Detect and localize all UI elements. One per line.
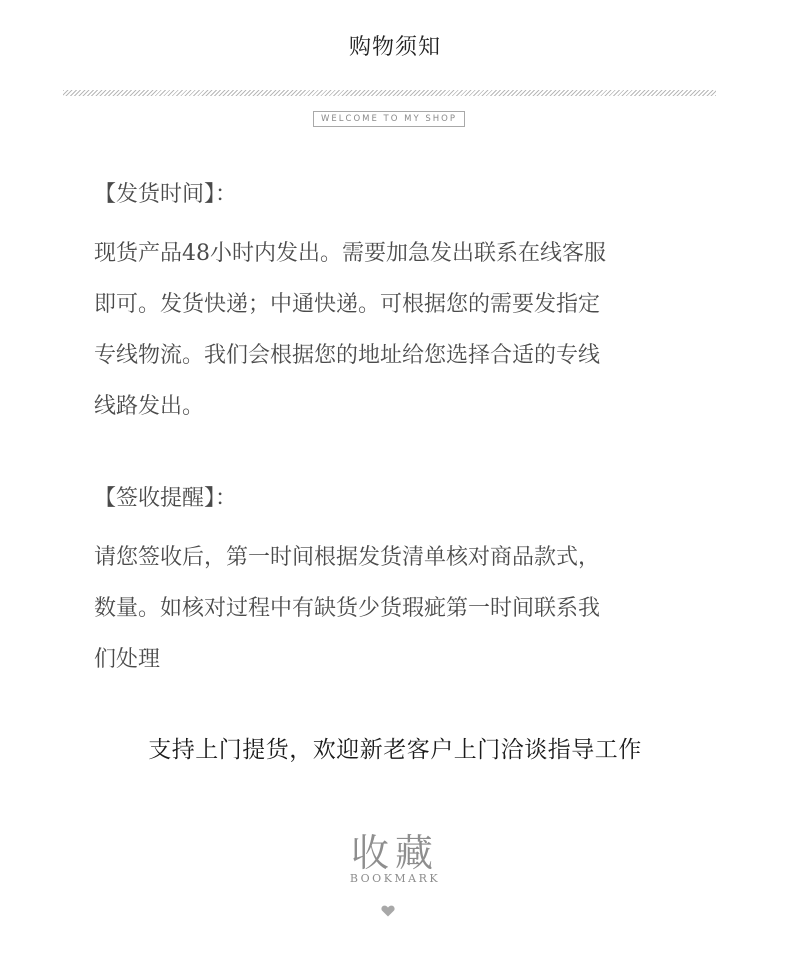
section-body: 请您签收后，第一时间根据发货清单核对商品款式， 数量。如核对过程中有缺货少货瑕疵… <box>94 532 704 685</box>
bookmark-title[interactable]: 收藏 <box>0 822 790 877</box>
body-line: 专线物流。我们会根据您的地址给您选择合适的专线 <box>94 330 704 381</box>
page-title: 购物须知 <box>0 30 790 61</box>
body-line: 数量。如核对过程中有缺货少货瑕疵第一时间联系我 <box>94 583 704 634</box>
receipt-reminder-section: 【签收提醒】： 请您签收后，第一时间根据发货清单核对商品款式， 数量。如核对过程… <box>94 484 704 685</box>
heart-icon[interactable] <box>381 905 395 917</box>
shipping-time-section: 【发货时间】： 现货产品48小时内发出。需要加急发出联系在线客服 即可。发货快递… <box>94 180 704 432</box>
body-line: 们处理 <box>94 634 704 685</box>
welcome-badge: WELCOME TO MY SHOP <box>313 111 465 127</box>
section-heading: 【签收提醒】： <box>94 484 704 514</box>
section-heading: 【发货时间】： <box>94 180 704 210</box>
body-line: 现货产品48小时内发出。需要加急发出联系在线客服 <box>94 228 704 279</box>
body-line: 线路发出。 <box>94 381 704 432</box>
body-line: 即可。发货快递；中通快递。可根据您的需要发指定 <box>94 279 704 330</box>
pickup-notice: 支持上门提货，欢迎新老客户上门洽谈指导工作 <box>0 731 790 764</box>
hatch-divider <box>63 90 716 96</box>
bookmark-subtitle[interactable]: BOOKMARK <box>0 872 790 885</box>
section-body: 现货产品48小时内发出。需要加急发出联系在线客服 即可。发货快递；中通快递。可根… <box>94 228 704 432</box>
body-line: 请您签收后，第一时间根据发货清单核对商品款式， <box>94 532 704 583</box>
